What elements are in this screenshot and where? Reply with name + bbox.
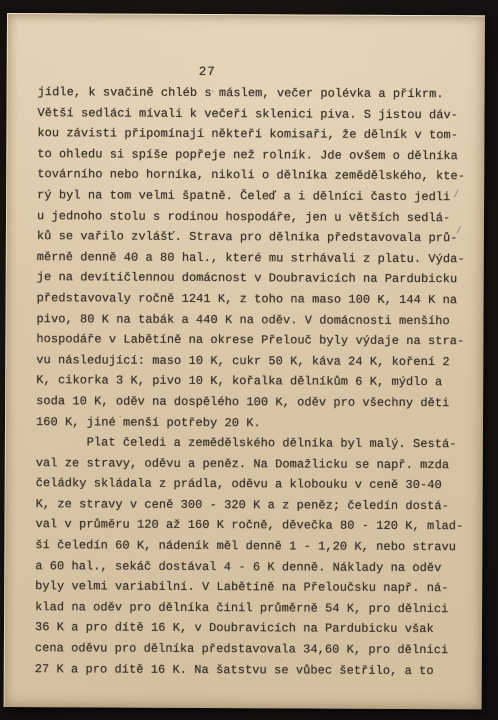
text-line: val ze stravy, oděvu a peněz. Na Domažli… [36, 453, 468, 476]
text-line: kou závisti připomínají někteří komisaři… [37, 123, 469, 146]
text-line: ší čeledín 60 K, nádeník měl denně 1 - 1… [35, 535, 467, 558]
text-line: klad na oděv pro dělníka činil průměrně … [35, 597, 467, 620]
text-line: a 60 hal., sekáč dostával 4 - 6 K denně.… [35, 556, 467, 579]
page-number: 27 [199, 62, 216, 83]
text-line: to ohledu si spíše popřeje než rolník. J… [37, 144, 469, 167]
text-line: Plat čeledi a zemědělského dělníka byl m… [36, 432, 468, 455]
text-line: továrního nebo horníka, nikoli o dělníka… [37, 165, 469, 188]
text-line: pivo, 80 K na tabák a 440 K na oděv. V d… [36, 309, 468, 332]
scan-background: 27 jídle, k svačině chléb s máslem, veče… [0, 0, 498, 720]
document-page: 27 jídle, k svačině chléb s máslem, veče… [4, 13, 485, 709]
text-line: ků se vařilo zvlášť. Strava pro dělníka … [37, 226, 469, 249]
text-line: byly velmi variabilní. V Labětíně na Pře… [35, 576, 467, 599]
text-line: rý byl na tom velmi špatně. Čeleď a i dě… [37, 185, 469, 208]
text-line: Větší sedláci mívali k večeři sklenici p… [37, 103, 469, 126]
text-line: je na devítičlennou domácnost v Doubravi… [37, 267, 469, 290]
text-line: u jednoho stolu s rodinou hospodáře, jen… [37, 206, 469, 229]
text-line: 36 K a pro dítě 16 K, v Doubravicích na … [35, 618, 467, 641]
text-line: čeládky skládala z prádla, oděvu a klobo… [36, 473, 468, 496]
text-line: cena oděvu pro dělníka představovala 34,… [35, 638, 467, 661]
text-line: hospodáře v Labětíně na okrese Přelouč b… [36, 329, 468, 352]
text-line: val v průměru 120 až 160 K ročně, děvečk… [35, 515, 467, 538]
text-line: měrně denně 40 a 80 hal., které mu strhá… [37, 247, 469, 270]
text-line: K, ze stravy v ceně 300 - 320 K a z peně… [36, 494, 468, 517]
text-line: vu následující: maso 10 K, cukr 50 K, ká… [36, 350, 468, 373]
text-line: 27 K a pro dítě 16 K. Na šatstvu se vůbe… [35, 659, 467, 682]
text-line: 160 K, jiné menší potřeby 20 K. [36, 412, 468, 435]
body-text: jídle, k svačině chléb s máslem, večer p… [35, 82, 470, 681]
text-line: K, cikorka 3 K, pivo 10 K, kořalka dělní… [36, 370, 468, 393]
text-line: představovaly ročně 1241 K, z toho na ma… [37, 288, 469, 311]
text-line: soda 10 K, oděv na dospělého 100 K, oděv… [36, 391, 468, 414]
text-line: jídle, k svačině chléb s máslem, večer p… [38, 82, 470, 105]
